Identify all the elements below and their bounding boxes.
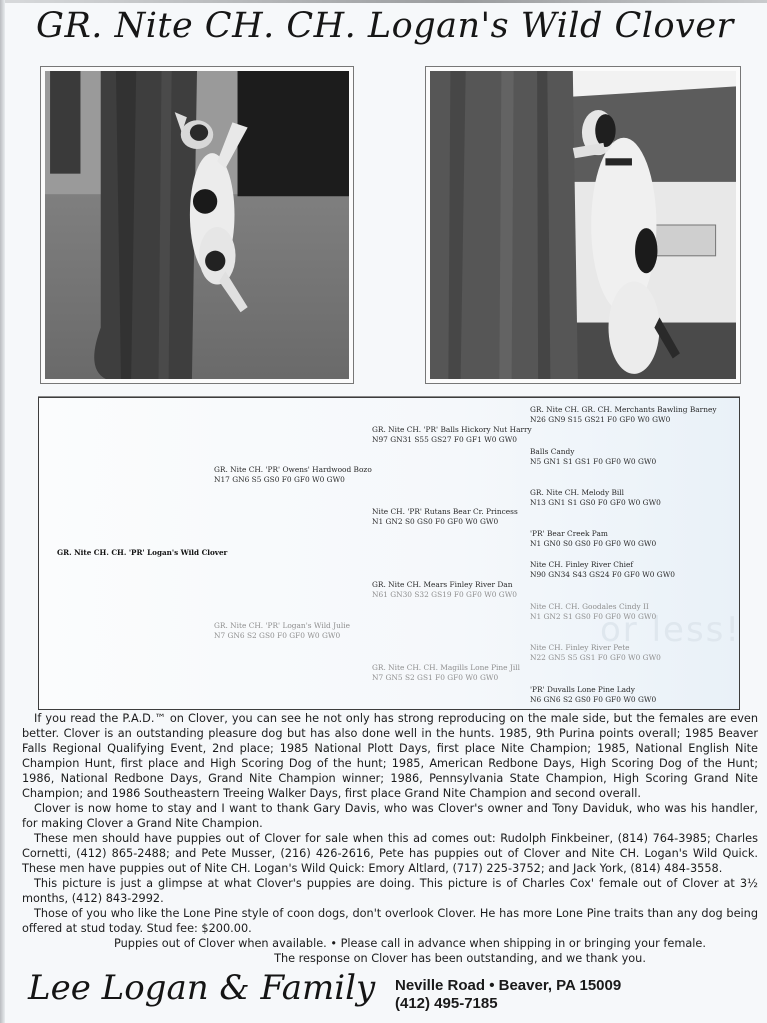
dog-record: N22 GN5 S5 GS1 F0 GF0 W0 GW0 xyxy=(530,653,661,663)
dog-record: N13 GN1 S1 GS0 F0 GF0 W0 GW0 xyxy=(530,498,661,508)
pedigree-sire-sire: GR. Nite CH. 'PR' Balls Hickory Nut Harr… xyxy=(372,425,532,445)
dog-name: Nite CH. Finley River Pete xyxy=(530,643,661,653)
dog-record: N1 GN2 S0 GS0 F0 GF0 W0 GW0 xyxy=(372,517,518,527)
page-edge xyxy=(0,0,767,3)
pedigree-great-grandparent: GR. Nite CH. Melody Bill N13 GN1 S1 GS0 … xyxy=(530,488,661,508)
dog-record: N1 GN2 S1 GS0 F0 GF0 W0 GW0 xyxy=(530,612,656,622)
pedigree-great-grandparent: 'PR' Duvalls Lone Pine Lady N6 GN6 S2 GS… xyxy=(530,685,656,705)
paragraph-stud-fee: Those of you who like the Lone Pine styl… xyxy=(22,906,758,936)
pedigree-sire: GR. Nite CH. 'PR' Owens' Hardwood Bozo N… xyxy=(214,465,372,485)
dog-name: Nite CH. Finley River Chief xyxy=(530,560,675,570)
contact-block: Neville Road • Beaver, PA 15009 (412) 49… xyxy=(395,977,621,1013)
paragraph-thanks: Clover is now home to stay and I want to… xyxy=(22,801,758,831)
dog-name: 'PR' Bear Creek Pam xyxy=(530,529,656,539)
pedigree-great-grandparent: Nite CH. CH. Goodales Cindy II N1 GN2 S1… xyxy=(530,602,656,622)
pedigree-sire-dam: Nite CH. 'PR' Rutans Bear Cr. Princess N… xyxy=(372,507,518,527)
dog-name: Nite CH. CH. Goodales Cindy II xyxy=(530,602,656,612)
dog-name: GR. Nite CH. 'PR' Logan's Wild Julie xyxy=(214,621,350,631)
page-edge xyxy=(0,0,5,1023)
dog-name: GR. Nite CH. CH. Magills Lone Pine Jill xyxy=(372,663,520,673)
dog-record: N26 GN9 S15 GS21 F0 GF0 W0 GW0 xyxy=(530,415,717,425)
pedigree-dam-sire: GR. Nite CH. Mears Finley River Dan N61 … xyxy=(372,580,517,600)
pedigree-dam: GR. Nite CH. 'PR' Logan's Wild Julie N7 … xyxy=(214,621,350,641)
paragraph-accomplishments: If you read the P.A.D.™ on Clover, you c… xyxy=(22,711,758,801)
photo-image xyxy=(430,71,736,379)
dog-record: N1 GN0 S0 GS0 F0 GF0 W0 GW0 xyxy=(530,539,656,549)
closing-line-puppies: Puppies out of Clover when available. • … xyxy=(22,936,758,951)
dog-name: GR. Nite CH. Mears Finley River Dan xyxy=(372,580,517,590)
pedigree-great-grandparent: Nite CH. Finley River Pete N22 GN5 S5 GS… xyxy=(530,643,661,663)
dog-name: Balls Candy xyxy=(530,447,656,457)
dog-name: GR. Nite CH. CH. 'PR' Logan's Wild Clove… xyxy=(57,548,227,557)
photo-dog-climbing-tree-lawn xyxy=(40,66,354,384)
pedigree-great-grandparent: Balls Candy N5 GN1 S1 GS1 F0 GF0 W0 GW0 xyxy=(530,447,656,467)
dog-record: N17 GN6 S5 GS0 F0 GF0 W0 GW0 xyxy=(214,475,372,485)
pedigree-great-grandparent: GR. Nite CH. GR. CH. Merchants Bawling B… xyxy=(530,405,717,425)
dog-name: 'PR' Duvalls Lone Pine Lady xyxy=(530,685,656,695)
dog-name: GR. Nite CH. Melody Bill xyxy=(530,488,661,498)
photo-image xyxy=(45,71,349,379)
dog-name: GR. Nite CH. 'PR' Owens' Hardwood Bozo xyxy=(214,465,372,475)
dog-record: N5 GN1 S1 GS1 F0 GF0 W0 GW0 xyxy=(530,457,656,467)
dog-record: N6 GN6 S2 GS0 F0 GF0 W0 GW0 xyxy=(530,695,656,705)
dog-record: N61 GN30 S32 GS19 F0 GF0 W0 GW0 xyxy=(372,590,517,600)
page-title: GR. Nite CH. CH. Logan's Wild Clover xyxy=(36,6,766,46)
address-line: Neville Road • Beaver, PA 15009 xyxy=(395,977,621,995)
pedigree-dam-dam: GR. Nite CH. CH. Magills Lone Pine Jill … xyxy=(372,663,520,683)
dog-name: GR. Nite CH. GR. CH. Merchants Bawling B… xyxy=(530,405,717,415)
ad-body-text: If you read the P.A.D.™ on Clover, you c… xyxy=(22,711,758,966)
signature: Lee Logan & Family xyxy=(28,968,375,1008)
dog-name: Nite CH. 'PR' Rutans Bear Cr. Princess xyxy=(372,507,518,517)
dog-record: N7 GN5 S2 GS1 F0 GF0 W0 GW0 xyxy=(372,673,520,683)
phone-number: (412) 495-7185 xyxy=(395,995,621,1013)
pedigree-subject: GR. Nite CH. CH. 'PR' Logan's Wild Clove… xyxy=(57,548,227,558)
paragraph-puppy-contacts: These men should have puppies out of Clo… xyxy=(22,831,758,876)
dog-record: N90 GN34 S43 GS24 F0 GF0 W0 GW0 xyxy=(530,570,675,580)
dog-record: N7 GN6 S2 GS0 F0 GF0 W0 GW0 xyxy=(214,631,350,641)
paragraph-picture-note: This picture is just a glimpse at what C… xyxy=(22,876,758,906)
closing-line-response: The response on Clover has been outstand… xyxy=(22,951,758,966)
pedigree-great-grandparent: 'PR' Bear Creek Pam N1 GN0 S0 GS0 F0 GF0… xyxy=(530,529,656,549)
photo-dog-treeing-by-house xyxy=(425,66,741,384)
dog-name: GR. Nite CH. 'PR' Balls Hickory Nut Harr… xyxy=(372,425,532,435)
dog-record: N97 GN31 S55 GS27 F0 GF1 W0 GW0 xyxy=(372,435,532,445)
pedigree-great-grandparent: Nite CH. Finley River Chief N90 GN34 S43… xyxy=(530,560,675,580)
